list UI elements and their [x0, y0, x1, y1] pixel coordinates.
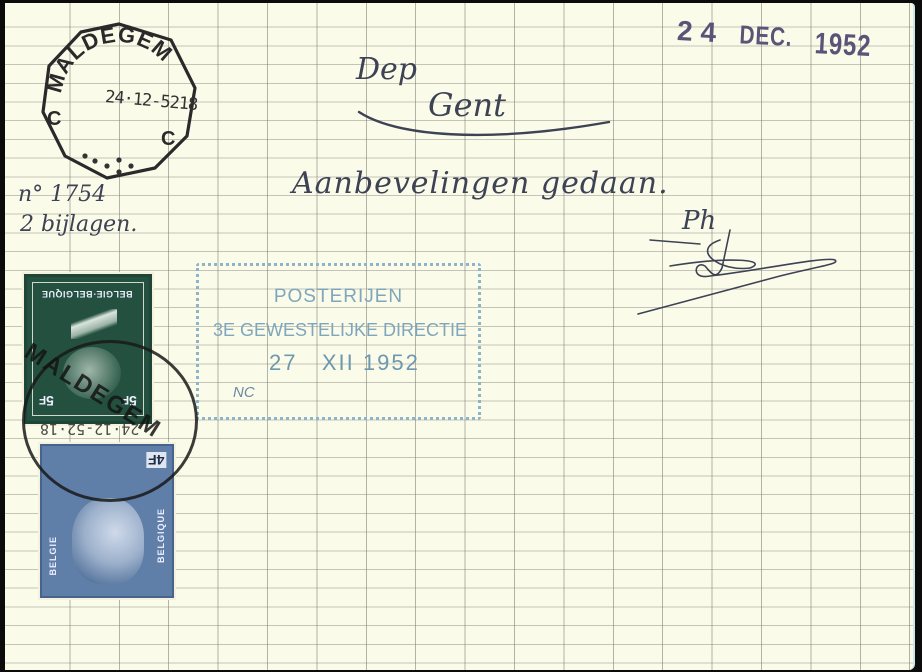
stamp-country-right: BELGIQUE — [156, 508, 166, 563]
signature-flourish-icon — [630, 210, 845, 325]
cancellation-date: 24·12-52·18 — [40, 420, 139, 438]
stamp-country: BELGIE·BELGIQUE — [37, 289, 137, 299]
date-stamp-day: 24 — [676, 15, 725, 48]
handwritten-message: Aanbevelingen gedaan. — [292, 166, 669, 201]
maldegem-postmark: MALDEGEM 24·12-5218 C C — [35, 16, 203, 184]
date-stamp-month: DEC. — [739, 19, 793, 53]
box-stamp-date: 27 XII 1952 — [269, 350, 420, 376]
box-stamp-title: POSTERIJEN — [199, 286, 478, 308]
svg-text:MALDEGEM: MALDEGEM — [41, 21, 178, 95]
airplane-icon — [71, 309, 117, 339]
address-underline-icon — [355, 100, 615, 150]
postmark-letter-right: C — [161, 128, 175, 151]
handwritten-address-line1: Dep — [356, 52, 417, 87]
box-stamp-number-label: NC — [233, 384, 255, 401]
handwritten-reference-number: n° 1754 — [18, 182, 106, 207]
posterijen-box-stamp: POSTERIJEN 3E GEWESTELIJKE DIRECTIE 27 X… — [196, 263, 481, 420]
stamp-country-left: BELGIE — [48, 536, 58, 576]
king-portrait-icon — [72, 498, 144, 584]
box-stamp-directorate: 3E GEWESTELIJKE DIRECTIE — [213, 320, 468, 341]
date-stamp-year: 1952 — [814, 27, 872, 64]
postmark-letter-left: C — [47, 108, 61, 131]
handwritten-attachments: 2 bijlagen. — [20, 212, 137, 237]
